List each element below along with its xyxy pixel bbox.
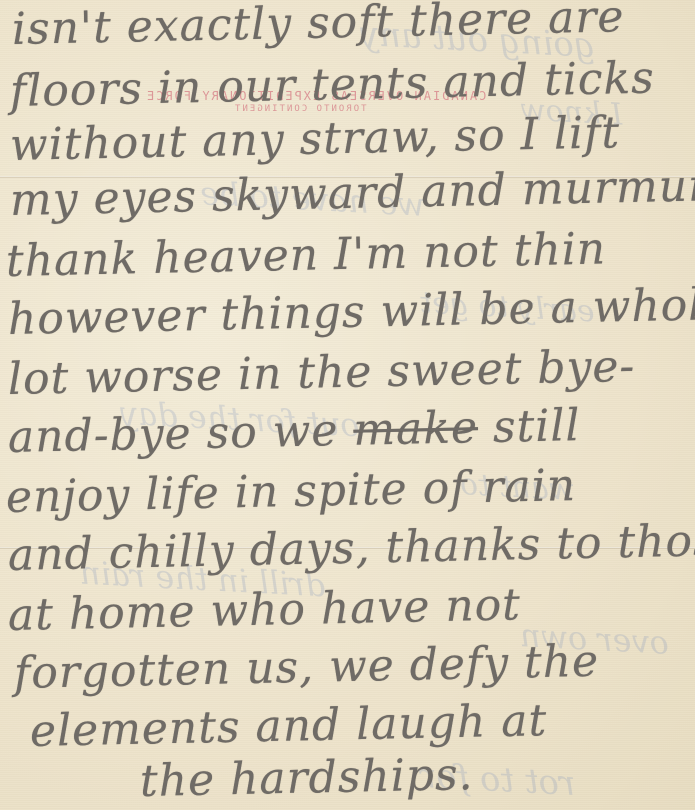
handwritten-line-9: enjoy life in spite of rain	[5, 460, 576, 523]
handwritten-line-6: however things will be a whole	[7, 279, 695, 345]
line-8-end: still	[492, 400, 581, 453]
struck-word: make	[353, 402, 479, 456]
handwritten-line-14: the hardships.	[139, 749, 474, 807]
handwritten-line-3: without any straw, so I lift	[9, 107, 620, 171]
line-8-start: and-bye so we	[7, 405, 338, 463]
letter-page: going out any I know we have to be early…	[0, 0, 695, 810]
handwritten-line-7: lot worse in the sweet bye-	[7, 341, 635, 405]
handwritten-line-5: thank heaven I'm not thin	[5, 223, 606, 287]
handwritten-line-11: at home who have not	[7, 579, 521, 641]
handwritten-line-13: elements and laugh at	[29, 695, 547, 757]
handwritten-line-10: and chilly days, thanks to those	[7, 515, 695, 581]
handwritten-line-4: my eyes skyward and murmur	[9, 160, 695, 226]
handwritten-line-8: and-bye so we make still	[7, 400, 581, 463]
handwritten-line-2: floors in our tents and ticks	[9, 53, 655, 117]
handwritten-line-12: forgotten us, we defy the	[13, 636, 599, 699]
handwritten-line-1: isn't exactly soft there are	[11, 0, 624, 55]
